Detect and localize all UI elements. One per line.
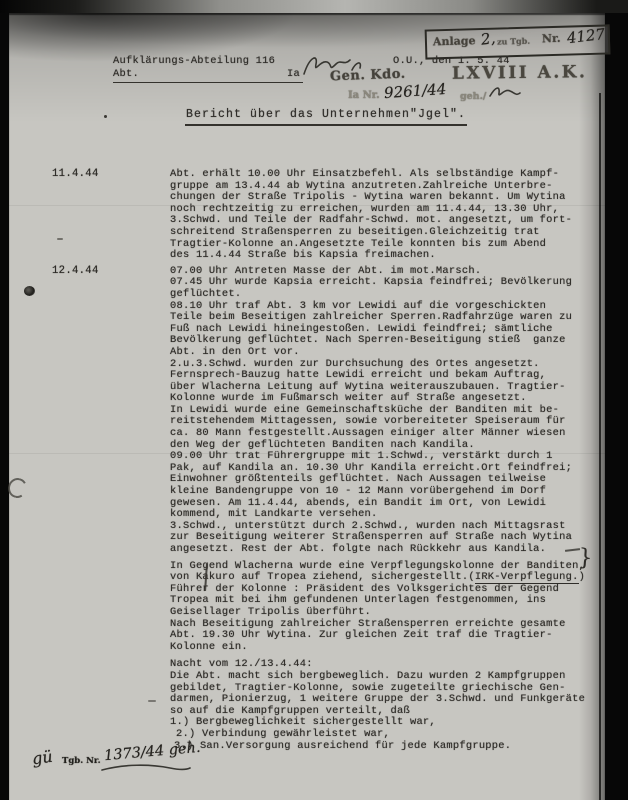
report-title: Bericht über das Unternehmen"Jgel".	[186, 108, 466, 121]
anlage-label: Anlage	[433, 34, 476, 48]
typed-line: ca. 80 Mann festgestellt.Aussagen einige…	[0, 427, 628, 439]
line-text: In Gegend Wlacherna wurde eine Verpflegu…	[170, 560, 585, 572]
handwritten-mark	[488, 84, 522, 100]
line-text: 3.) San.Versorgung ausreichend für jede …	[174, 740, 511, 752]
typed-line: so auf die Kampfgruppen verteilt, daß	[0, 705, 628, 717]
footer-stamp-label: Tgb. Nr.	[62, 756, 101, 766]
line-text: chungen der Straße Tripolis - Wytina war…	[170, 191, 566, 203]
line-text: 2.u.3.Schwd. wurden zur Durchsuchung des…	[170, 358, 540, 370]
typed-line: chungen der Straße Tripolis - Wytina war…	[0, 191, 628, 203]
typed-line: 3.Schwd. und Teile der Radfahr-Schwd. mo…	[0, 214, 628, 226]
line-text: Abt. in den Ort vor.	[170, 346, 300, 358]
line-text: geflüchtet.	[170, 288, 241, 300]
line-text: gebildet, Tragtier-Kolonne, sowie zugete…	[170, 682, 566, 694]
unit-designation: Aufklärungs-Abteilung 116	[113, 55, 275, 67]
typed-line: gruppe am 13.4.44 ab Wytina anzutreten.Z…	[0, 180, 628, 192]
typed-line: Tropea mit bei ihm gefundenen Unterlagen…	[0, 594, 628, 606]
typed-line: schreitend Straßensperren zu beseitigen.…	[0, 226, 628, 238]
title-underline	[185, 124, 467, 126]
typed-line: über Wlacherna Leitung auf Wytina weiter…	[0, 381, 628, 393]
typed-line: kommend, mit Landkarte versehen.	[0, 508, 628, 520]
line-text: 08.10 Uhr traf Abt. 3 km vor Lewidi auf …	[170, 300, 546, 312]
line-text: darmen, Pionierzug, 1 weitere Gruppe der…	[170, 693, 585, 705]
line-text: gewesen. Am 11.4.44, abends, ein Bandit …	[170, 497, 546, 509]
line-text: reitstehendem Mittagessen, sowie vorbere…	[170, 415, 566, 427]
typed-line: 1.) Bergbeweglichkeit sichergestellt war…	[0, 716, 628, 728]
line-text: Abt. 19.30 Uhr Wytina. Zur gleichen Zeit…	[170, 629, 553, 641]
ink-speck	[104, 115, 107, 118]
line-text: Tropea mit bei ihm gefundenen Unterlagen…	[170, 594, 546, 606]
footer-handwritten-initials: gü	[31, 747, 54, 769]
line-text: über Wlacherna Leitung auf Wytina weiter…	[170, 381, 566, 393]
line-text: gruppe am 13.4.44 ab Wytina anzutreten.Z…	[170, 180, 553, 192]
typed-line: geflüchtet.	[0, 288, 628, 300]
pencil-mark	[57, 238, 63, 240]
typed-line: angesetzt. Rest der Abt. folgte nach Rüc…	[0, 543, 628, 555]
typed-line: Fuß nach Lewidi hineingestoßen. Lewidi f…	[0, 323, 628, 335]
zu-label: zu Tgb.	[497, 36, 530, 47]
punch-hole	[24, 286, 35, 296]
line-text: 2.) Verbindung gewährleistet war,	[176, 728, 390, 740]
ia-nr-stamp-label: Ia Nr.	[348, 90, 380, 101]
typed-line: In Lewidi wurde eine Gemeinschaftsküche …	[0, 404, 628, 416]
typed-line: 2.u.3.Schwd. wurden zur Durchsuchung des…	[0, 358, 628, 370]
scanner-bed-strip	[0, 0, 628, 13]
line-text: Teile beim Beseitigen zahlreicher Sperre…	[170, 311, 572, 323]
document-scan: Anlage 2, zu Tgb. Nr. 4127 Aufklärungs-A…	[0, 0, 628, 800]
line-text: Kolonne wurde im Fußmarsch weiter auf St…	[170, 392, 527, 404]
typed-line: Tragtier-Kolonne an.Angesetzte Teile kon…	[0, 238, 628, 250]
line-text: von Kakuro auf Tropea ziehend, sicherges…	[170, 571, 585, 583]
typed-line: Führer der Kolonne : Präsident des Volks…	[0, 583, 628, 595]
typed-line: Teile beim Beseitigen zahlreicher Sperre…	[0, 311, 628, 323]
line-text: schreitend Straßensperren zu beseitigen.…	[170, 226, 540, 238]
pencil-mark	[148, 700, 156, 702]
typed-line: Pak, auf Kandila an. 10.30 Uhr Kandila e…	[0, 462, 628, 474]
typed-line: 3.Schwd., unterstützt durch 2.Schwd., wu…	[0, 520, 628, 532]
typed-line: In Gegend Wlacherna wurde eine Verpflegu…	[0, 560, 628, 572]
footer-flourish	[100, 762, 192, 774]
line-text: 3.Schwd. und Teile der Radfahr-Schwd. mo…	[170, 214, 572, 226]
line-text: ca. 80 Mann festgestellt.Aussagen einige…	[170, 427, 566, 439]
typed-line: von Kakuro auf Tropea ziehend, sicherges…	[0, 571, 628, 583]
typed-line: Einwohner größtenteils geflüchtet. Nach …	[0, 473, 628, 485]
line-text: 07.45 Uhr wurde Kapsia erreicht. Kapsia …	[170, 276, 572, 288]
typed-line: darmen, Pionierzug, 1 weitere Gruppe der…	[0, 693, 628, 705]
staff-section-label: Ia	[287, 68, 300, 80]
typed-line: Kolonne wurde im Fußmarsch weiter auf St…	[0, 392, 628, 404]
typed-line: 08.10 Uhr traf Abt. 3 km vor Lewidi auf …	[0, 300, 628, 312]
gen-kdo-stamp: Gen. Kdo.	[330, 67, 406, 85]
line-text: Führer der Kolonne : Präsident des Volks…	[170, 583, 559, 595]
nr-label: Nr.	[542, 32, 561, 46]
line-text: angesetzt. Rest der Abt. folgte nach Rüc…	[170, 543, 546, 555]
margin-date: 12.4.44	[52, 265, 99, 277]
line-text: Tragtier-Kolonne an.Angesetzte Teile kon…	[170, 238, 546, 250]
report-body: 11.4.44Abt. erhält 10.00 Uhr Einsatzbefe…	[0, 168, 628, 751]
line-text: noch rechtzeitig zu erreichen, wurden am…	[170, 203, 559, 215]
header-underline	[113, 82, 303, 83]
typed-line: kleine Bandengruppe von 10 - 12 Mann vor…	[0, 485, 628, 497]
typed-line: Nach Beseitigung zahlreicher Straßensper…	[0, 618, 628, 630]
line-text: Fernsprech-Bauzug hatte Lewidi erreicht …	[170, 369, 546, 381]
typed-line: gewesen. Am 11.4.44, abends, ein Bandit …	[0, 497, 628, 509]
typed-line: 09.00 Uhr trat Führergruppe mit 1.Schwd.…	[0, 450, 628, 462]
line-text: Bevölkerung geflüchtet. Nach Sperren-Bes…	[170, 334, 566, 346]
line-text: 09.00 Uhr trat Führergruppe mit 1.Schwd.…	[170, 450, 553, 462]
line-text: Abt. erhält 10.00 Uhr Einsatzbefehl. Als…	[170, 168, 559, 180]
typed-line: reitstehendem Mittagessen, sowie vorbere…	[0, 415, 628, 427]
line-text: Die Abt. macht sich bergbeweglich. Dazu …	[170, 670, 566, 682]
line-text: 3.Schwd., unterstützt durch 2.Schwd., wu…	[170, 520, 566, 532]
typed-line: Abt. in den Ort vor.	[0, 346, 628, 358]
typed-line: Die Abt. macht sich bergbeweglich. Dazu …	[0, 670, 628, 682]
typed-line: Kolonne ein.	[0, 641, 628, 653]
abt-label: Abt.	[113, 68, 139, 80]
line-text: so auf die Kampfgruppen verteilt, daß	[170, 705, 410, 717]
typed-line: des 11.4.44 Straße bis Kapsia freimachen…	[0, 249, 628, 261]
line-text: zur Beseitigung weiterer Straßensperren …	[170, 531, 572, 543]
typed-line: zur Beseitigung weiterer Straßensperren …	[0, 531, 628, 543]
line-text: kommend, mit Landkarte versehen.	[170, 508, 378, 520]
typed-line: den Weg der geflüchteten Banditen nach K…	[0, 439, 628, 451]
nr-number-handwritten: 4127	[566, 25, 606, 47]
typed-line: noch rechtzeitig zu erreichen, wurden am…	[0, 203, 628, 215]
typed-line: Abt. 19.30 Uhr Wytina. Zur gleichen Zeit…	[0, 629, 628, 641]
line-text: Fuß nach Lewidi hineingestoßen. Lewidi f…	[170, 323, 553, 335]
typed-line: Geisellager Tripolis überführt.	[0, 606, 628, 618]
line-text: Einwohner größtenteils geflüchtet. Nach …	[170, 473, 546, 485]
anlage-number-handwritten: 2,	[480, 29, 497, 49]
typed-line: 07.45 Uhr wurde Kapsia erreicht. Kapsia …	[0, 276, 628, 288]
line-text: Geisellager Tripolis überführt.	[170, 606, 371, 618]
line-text: den Weg der geflüchteten Banditen nach K…	[170, 439, 475, 451]
geh-label: geh./	[460, 91, 486, 102]
line-text: 07.00 Uhr Antreten Masse der Abt. im mot…	[170, 265, 481, 277]
line-text: Kolonne ein.	[170, 641, 248, 653]
korps-stamp: LXVIII A.K.	[452, 62, 588, 83]
typed-line: Bevölkerung geflüchtet. Nach Sperren-Bes…	[0, 334, 628, 346]
line-text: des 11.4.44 Straße bis Kapsia freimachen…	[170, 249, 436, 261]
typed-line: 3.) San.Versorgung ausreichend für jede …	[0, 740, 628, 752]
handwritten-brace: }	[577, 545, 593, 572]
margin-date: 11.4.44	[52, 168, 99, 180]
typed-line: 11.4.44Abt. erhält 10.00 Uhr Einsatzbefe…	[0, 168, 628, 180]
typed-line: gebildet, Tragtier-Kolonne, sowie zugete…	[0, 682, 628, 694]
typed-line: 12.4.4407.00 Uhr Antreten Masse der Abt.…	[0, 265, 628, 277]
typed-line: Fernsprech-Bauzug hatte Lewidi erreicht …	[0, 369, 628, 381]
typed-line: Nacht vom 12./13.4.44:	[0, 658, 628, 670]
line-text: Nach Beseitigung zahlreicher Straßensper…	[170, 618, 566, 630]
line-text: Nacht vom 12./13.4.44:	[170, 658, 313, 670]
typed-line: 2.) Verbindung gewährleistet war,	[0, 728, 628, 740]
line-text: kleine Bandengruppe von 10 - 12 Mann vor…	[170, 485, 546, 497]
line-text: 1.) Bergbeweglichkeit sichergestellt war…	[170, 716, 436, 728]
